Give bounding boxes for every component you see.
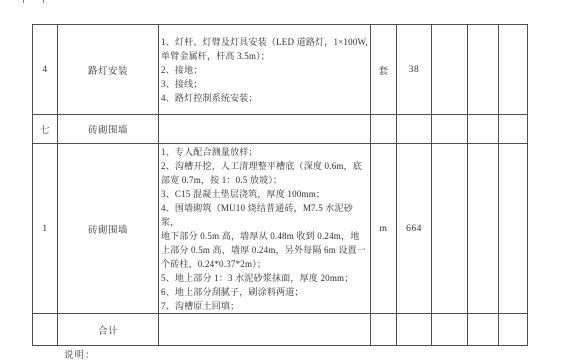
description-cell: 1、灯杆、灯臂及灯具安装（LED 道路灯，1×100W, 单臂金属杆，杆高 3.… <box>159 25 371 115</box>
blank-cell <box>432 115 468 144</box>
item-name-cell: 路灯安装 <box>58 25 159 115</box>
description-text: 1、灯杆、灯臂及灯具安装（LED 道路灯，1×100W, 单臂金属杆，杆高 3.… <box>161 35 368 105</box>
blank-cell <box>499 314 528 346</box>
item-name-cell: 砖砌围墙 <box>58 115 159 144</box>
description-cell <box>159 314 371 346</box>
unit-cell <box>371 115 397 144</box>
quantities-table: 4 路灯安装 1、灯杆、灯臂及灯具安装（LED 道路灯，1×100W, 单臂金属… <box>32 24 528 346</box>
unit-cell: 套 <box>371 25 397 115</box>
quantity-cell <box>397 115 432 144</box>
unit-cell: m <box>371 144 397 314</box>
blank-cell <box>499 25 528 115</box>
description-cell: 1、专人配合测量放样； 2、沟槽开挖，人工清理整平槽底（深度 0.6m，底 部宽… <box>159 144 371 314</box>
quantity-cell: 38 <box>397 25 432 115</box>
blank-cell <box>432 25 468 115</box>
blank-cell <box>468 144 499 314</box>
description-text: 1、专人配合测量放样； 2、沟槽开挖，人工清理整平槽底（深度 0.6m，底 部宽… <box>161 145 368 313</box>
serial-cell: 4 <box>33 25 58 115</box>
quantity-cell: 664 <box>397 144 432 314</box>
blank-cell <box>468 115 499 144</box>
serial-cell <box>33 314 58 346</box>
blank-cell <box>432 144 468 314</box>
unit-cell <box>371 314 397 346</box>
blank-cell <box>432 314 468 346</box>
scan-artifact-tick <box>23 0 24 3</box>
blank-cell <box>468 314 499 346</box>
document-page: 4 路灯安装 1、灯杆、灯臂及灯具安装（LED 道路灯，1×100W, 单臂金属… <box>0 0 566 360</box>
blank-cell <box>468 25 499 115</box>
blank-cell <box>499 144 528 314</box>
total-label-cell: 合计 <box>58 314 159 346</box>
item-name-cell: 砖砌围墙 <box>58 144 159 314</box>
blank-cell <box>499 115 528 144</box>
scan-artifact-tick <box>43 0 44 3</box>
description-cell <box>159 115 371 144</box>
serial-cell: 1 <box>33 144 58 314</box>
serial-cell: 七 <box>33 115 58 144</box>
notes-label: 说明： <box>64 347 96 360</box>
quantity-cell <box>397 314 432 346</box>
